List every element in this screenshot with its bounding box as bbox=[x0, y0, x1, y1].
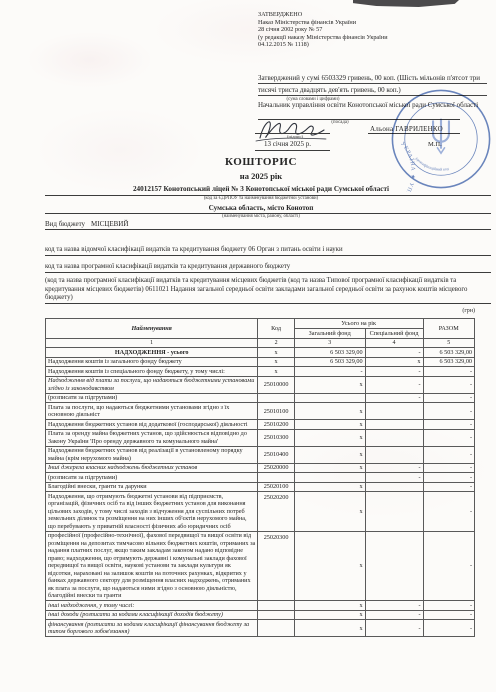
table-cell: - bbox=[423, 367, 475, 377]
col-header-razom: РАЗОМ bbox=[423, 319, 475, 339]
table-row: (розписати за підгрупами)-- bbox=[46, 473, 475, 483]
ruled-line bbox=[45, 255, 491, 256]
col-header-name: Найменування bbox=[46, 319, 258, 339]
table-cell: х bbox=[294, 429, 365, 446]
table-cell: 25010100 bbox=[258, 403, 294, 420]
col-header-general-fund: Загальний фонд bbox=[294, 329, 365, 339]
table-row: інші надходження, у тому числі:х-- bbox=[46, 601, 475, 611]
table-cell: х bbox=[258, 357, 294, 367]
table-cell: (розписати за підгрупами) bbox=[46, 473, 258, 483]
institution-caption: (код за ЄДРПОУ та найменування бюджетної… bbox=[26, 196, 496, 201]
table-cell: Надходження від плати за послуги, що над… bbox=[46, 376, 258, 393]
approval-block: ЗАТВЕРДЖЕНО Наказ Міністерства фінансів … bbox=[258, 11, 483, 49]
table-cell: - bbox=[423, 403, 475, 420]
table-cell: 25010400 bbox=[258, 446, 294, 463]
approval-line: 04.12.2015 № 1118) bbox=[258, 41, 483, 49]
budget-type-value: МІСЦЕВИЙ bbox=[91, 220, 128, 228]
table-cell: 6 503 329,00 bbox=[294, 348, 365, 358]
table-cell: Інші джерела власних надходжень бюджетни… bbox=[46, 463, 258, 473]
table-cell: - bbox=[423, 601, 475, 611]
table-cell: х bbox=[294, 492, 365, 532]
col-num: 4 bbox=[365, 339, 423, 348]
table-cell: - bbox=[423, 376, 475, 393]
table-cell: - bbox=[423, 463, 475, 473]
table-cell: 25020100 bbox=[258, 482, 294, 492]
table-cell: х bbox=[258, 348, 294, 358]
table-cell: професійної (професійно-технічної), фахо… bbox=[46, 531, 258, 601]
table-row: Плата за оренду майна бюджетних установ,… bbox=[46, 429, 475, 446]
table-cell: 25020200 bbox=[258, 492, 294, 532]
col-header-special-fund: Спеціальний фонд bbox=[365, 329, 423, 339]
table-cell: Надходження бюджетних установ від реаліз… bbox=[46, 446, 258, 463]
table-cell: - bbox=[365, 367, 423, 377]
table-cell: - bbox=[365, 473, 423, 483]
col-num: 3 bbox=[294, 339, 365, 348]
ruled-line bbox=[45, 229, 491, 230]
table-cell: х bbox=[294, 403, 365, 420]
table-cell: х bbox=[294, 446, 365, 463]
table-cell: Надходження коштів із спеціального фонду… bbox=[46, 367, 258, 377]
table-cell: Надходження, що отримують бюджетні устан… bbox=[46, 492, 258, 532]
table-row: професійної (професійно-технічної), фахо… bbox=[46, 531, 475, 601]
table-cell: - bbox=[423, 492, 475, 532]
table-cell: - bbox=[365, 393, 423, 403]
table-cell bbox=[365, 482, 423, 492]
ruled-line bbox=[45, 272, 491, 273]
table-row: Надходження бюджетних установ від додатк… bbox=[46, 420, 475, 430]
table-header-row: Найменування Код Усього на рік РАЗОМ bbox=[46, 319, 475, 329]
ruled-line bbox=[45, 303, 491, 304]
table-cell: - bbox=[423, 429, 475, 446]
table-cell: Надходження бюджетних установ від додатк… bbox=[46, 420, 258, 430]
local-program-classification: (код та назва програмної класифікації ви… bbox=[45, 277, 479, 303]
table-cell: 25010200 bbox=[258, 420, 294, 430]
table-cell: Плата за оренду майна бюджетних установ,… bbox=[46, 429, 258, 446]
table-cell: 6 503 329,00 bbox=[423, 357, 475, 367]
table-cell bbox=[258, 473, 294, 483]
table-cell: фінансування (розписати за кодами класиф… bbox=[46, 620, 258, 637]
table-cell bbox=[365, 446, 423, 463]
table-cell bbox=[258, 620, 294, 637]
table-cell: - bbox=[423, 620, 475, 637]
doc-year: на 2025 рік bbox=[26, 171, 496, 181]
table-body: НАДХОДЖЕННЯ - усьогох6 503 329,00-6 503 … bbox=[46, 348, 475, 637]
table-cell: х bbox=[294, 376, 365, 393]
table-cell: - bbox=[365, 620, 423, 637]
location-caption: (найменування міста, району, області) bbox=[26, 214, 496, 219]
table-row: інші доходи (розписати за кодами класифі… bbox=[46, 610, 475, 620]
table-cell: - bbox=[423, 420, 475, 430]
document-page: ЗАТВЕРДЖЕНО Наказ Міністерства фінансів … bbox=[0, 0, 496, 692]
table-cell bbox=[365, 492, 423, 532]
table-cell: 25010000 bbox=[258, 376, 294, 393]
table-cell: - bbox=[423, 393, 475, 403]
table-cell: - bbox=[365, 376, 423, 393]
col-num: 5 bbox=[423, 339, 475, 348]
table-cell: - bbox=[423, 446, 475, 463]
table-cell: інші надходження, у тому числі: bbox=[46, 601, 258, 611]
table-cell bbox=[258, 393, 294, 403]
table-cell: Надходження коштів із загального фонду б… bbox=[46, 357, 258, 367]
table-row: Надходження, що отримують бюджетні устан… bbox=[46, 492, 475, 532]
table-cell bbox=[258, 610, 294, 620]
table-row: Надходження від плати за послуги, що над… bbox=[46, 376, 475, 393]
institution-line: 24012157 Конотопський ліцей № 3 Конотопс… bbox=[26, 185, 496, 193]
table-row: Надходження коштів із спеціального фонду… bbox=[46, 367, 475, 377]
table-cell: 6 503 329,00 bbox=[423, 348, 475, 358]
table-cell bbox=[294, 473, 365, 483]
table-cell: 25020300 bbox=[258, 531, 294, 601]
table-cell bbox=[258, 601, 294, 611]
table-cell: (розписати за підгрупами) bbox=[46, 393, 258, 403]
table-cell: - bbox=[423, 610, 475, 620]
table-cell: 25020000 bbox=[258, 463, 294, 473]
state-program-classification: код та назва програмної класифікації вид… bbox=[45, 263, 290, 270]
table-cell: Плата за послуги, що надаються бюджетним… bbox=[46, 403, 258, 420]
approval-title: ЗАТВЕРДЖЕНО bbox=[258, 11, 483, 19]
approval-line: 28 січня 2002 року № 57 bbox=[258, 26, 483, 34]
approval-line: Наказ Міністерства фінансів України bbox=[258, 19, 483, 27]
table-cell: х bbox=[294, 601, 365, 611]
currency-note: (грн) bbox=[420, 308, 475, 314]
table-cell bbox=[365, 420, 423, 430]
table-cell: х bbox=[294, 420, 365, 430]
table-cell: х bbox=[294, 620, 365, 637]
table-row: НАДХОДЖЕННЯ - усьогох6 503 329,00-6 503 … bbox=[46, 348, 475, 358]
table-cell: х bbox=[294, 531, 365, 601]
table-row: Благодійні внески, гранти та дарунки2502… bbox=[46, 482, 475, 492]
table-cell: 25010300 bbox=[258, 429, 294, 446]
table-cell: х bbox=[258, 367, 294, 377]
table-cell: інші доходи (розписати за кодами класифі… bbox=[46, 610, 258, 620]
table-row: (розписати за підгрупами)-- bbox=[46, 393, 475, 403]
table-cell: - bbox=[365, 601, 423, 611]
table-cell: - bbox=[294, 367, 365, 377]
table-cell bbox=[365, 531, 423, 601]
table-cell: х bbox=[294, 610, 365, 620]
table-cell: х bbox=[294, 463, 365, 473]
col-header-code: Код bbox=[258, 319, 294, 339]
budget-table: Найменування Код Усього на рік РАЗОМ Заг… bbox=[45, 318, 475, 637]
table-row: Інші джерела власних надходжень бюджетни… bbox=[46, 463, 475, 473]
table-cell: Благодійні внески, гранти та дарунки bbox=[46, 482, 258, 492]
col-num: 1 bbox=[46, 339, 258, 348]
table-cell: - bbox=[365, 348, 423, 358]
budget-type: Вид бюджетуМІСЦЕВИЙ bbox=[45, 220, 128, 228]
ruled-line bbox=[255, 150, 330, 151]
approval-line: (у редакції наказу Міністерства фінансів… bbox=[258, 34, 483, 42]
table-cell bbox=[365, 429, 423, 446]
table-cell: х bbox=[294, 482, 365, 492]
table-cell: - bbox=[423, 482, 475, 492]
scan-artifact bbox=[353, 0, 459, 7]
doc-title: КОШТОРИС bbox=[26, 156, 496, 168]
table-cell: х bbox=[365, 357, 423, 367]
table-cell: - bbox=[423, 473, 475, 483]
table-cell bbox=[294, 393, 365, 403]
table-cell: НАДХОДЖЕННЯ - усього bbox=[46, 348, 258, 358]
table-cell: - bbox=[423, 531, 475, 601]
table-row: Надходження коштів із загального фонду б… bbox=[46, 357, 475, 367]
table-row: фінансування (розписати за кодами класиф… bbox=[46, 620, 475, 637]
sign-caption: (підпис) bbox=[268, 134, 322, 139]
budget-type-label: Вид бюджету bbox=[45, 220, 85, 228]
table-cell: - bbox=[365, 463, 423, 473]
column-number-row: 1 2 3 4 5 bbox=[46, 339, 475, 348]
table-row: Плата за послуги, що надаються бюджетним… bbox=[46, 403, 475, 420]
table-cell: 6 503 329,00 bbox=[294, 357, 365, 367]
departmental-classification: код та назва відомчої класифікації видат… bbox=[45, 246, 343, 253]
table-row: Надходження бюджетних установ від реаліз… bbox=[46, 446, 475, 463]
col-num: 2 bbox=[258, 339, 294, 348]
table-cell: - bbox=[365, 610, 423, 620]
table-cell bbox=[365, 403, 423, 420]
location-line: Сумська область, місто Конотоп bbox=[26, 204, 496, 212]
trident-icon bbox=[433, 120, 449, 154]
col-header-total-year: Усього на рік bbox=[294, 319, 423, 329]
sign-date: 13 січня 2025 р. bbox=[264, 140, 311, 148]
